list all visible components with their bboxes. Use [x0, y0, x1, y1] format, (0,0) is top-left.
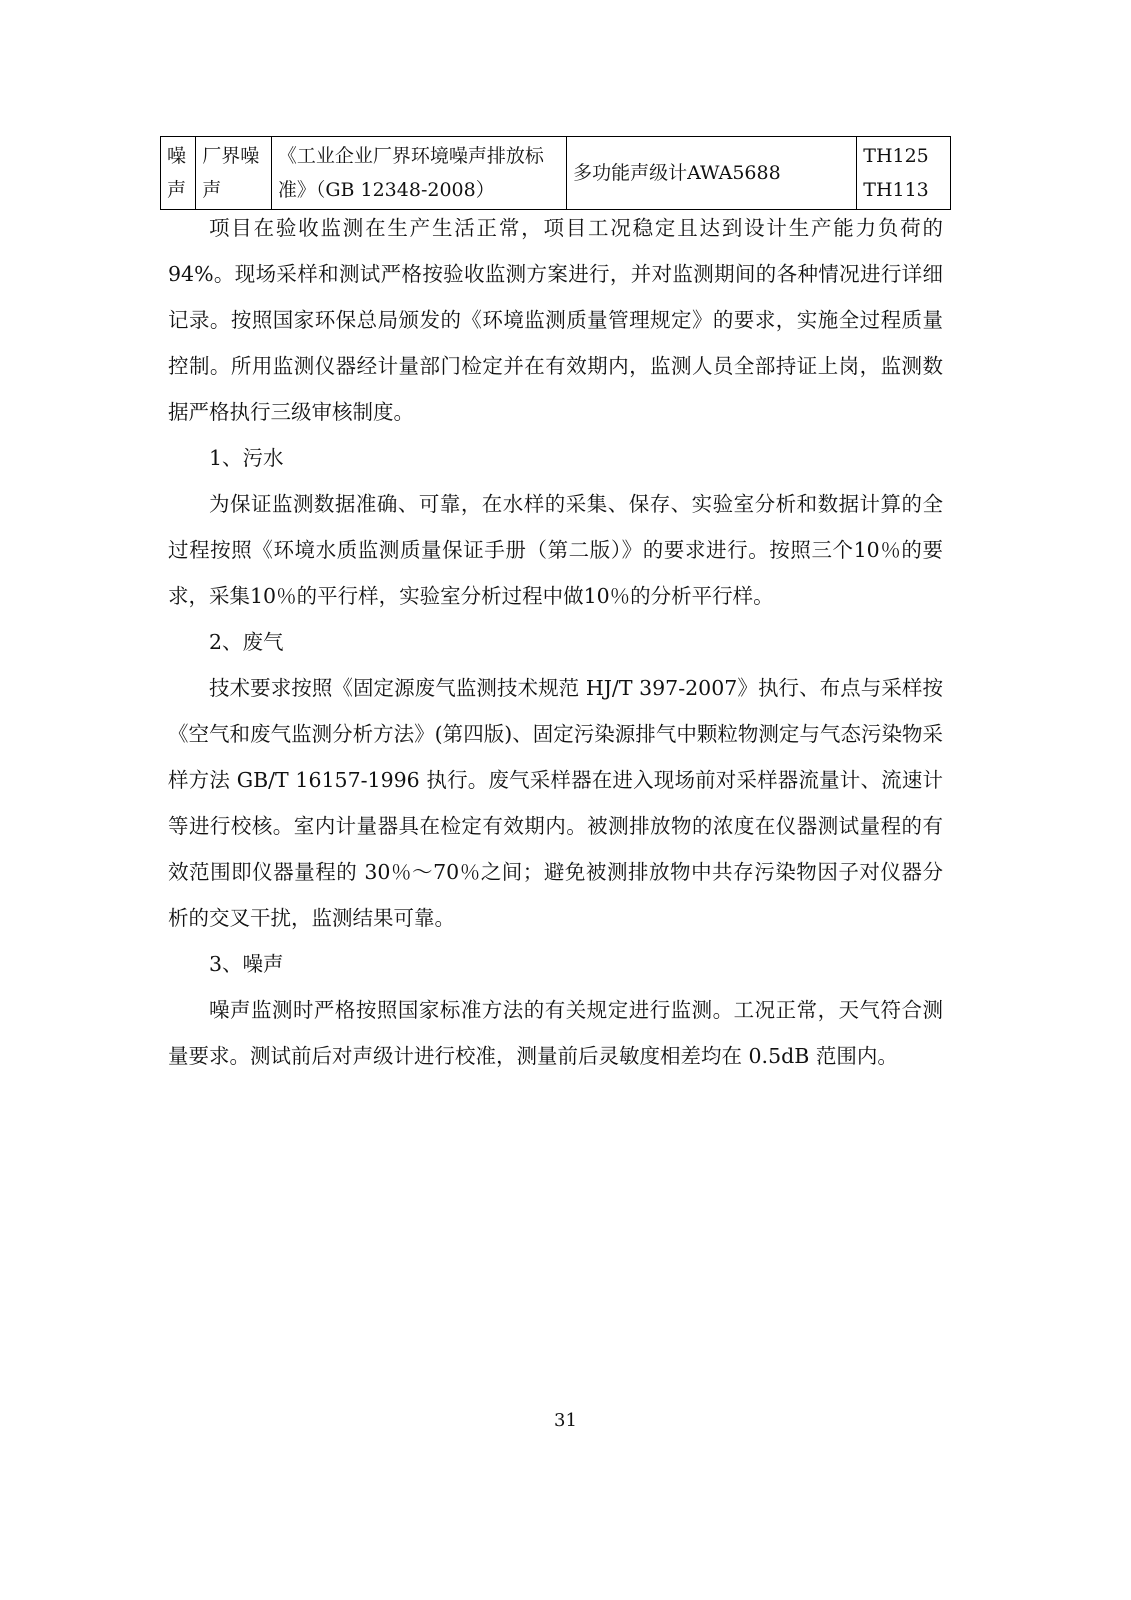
cell-standard: 《工业企业厂界环境噪声排放标准》（GB 12348-2008）	[271, 137, 566, 210]
section-heading-wastewater: 1、污水	[168, 435, 943, 481]
instrument-id: TH125	[863, 139, 944, 173]
cell-instrument-ids: TH125 TH113	[857, 137, 951, 210]
wastewater-paragraph: 为保证监测数据准确、可靠，在水样的采集、保存、实验室分析和数据计算的全过程按照《…	[168, 481, 943, 619]
page-number: 31	[0, 1410, 1131, 1431]
body-text: 项目在验收监测在生产生活正常，项目工况稳定且达到设计生产能力负荷的94%。现场采…	[168, 205, 943, 1079]
exhaust-paragraph: 技术要求按照《固定源废气监测技术规范 HJ/T 397-2007》执行、布点与采…	[168, 665, 943, 941]
noise-paragraph: 噪声监测时严格按照国家标准方法的有关规定进行监测。工况正常，天气符合测量要求。测…	[168, 987, 943, 1079]
cell-item: 厂界噪声	[196, 137, 272, 210]
intro-paragraph: 项目在验收监测在生产生活正常，项目工况稳定且达到设计生产能力负荷的94%。现场采…	[168, 205, 943, 435]
monitoring-standards-table: 噪声 厂界噪声 《工业企业厂界环境噪声排放标准》（GB 12348-2008） …	[160, 136, 951, 210]
cell-category: 噪声	[161, 137, 196, 210]
instrument-id: TH113	[863, 173, 944, 207]
cell-instrument: 多功能声级计AWA5688	[567, 137, 857, 210]
document-page: 噪声 厂界噪声 《工业企业厂界环境噪声排放标准》（GB 12348-2008） …	[0, 0, 1131, 1600]
section-heading-exhaust: 2、废气	[168, 619, 943, 665]
table-row: 噪声 厂界噪声 《工业企业厂界环境噪声排放标准》（GB 12348-2008） …	[161, 137, 951, 210]
section-heading-noise: 3、噪声	[168, 941, 943, 987]
